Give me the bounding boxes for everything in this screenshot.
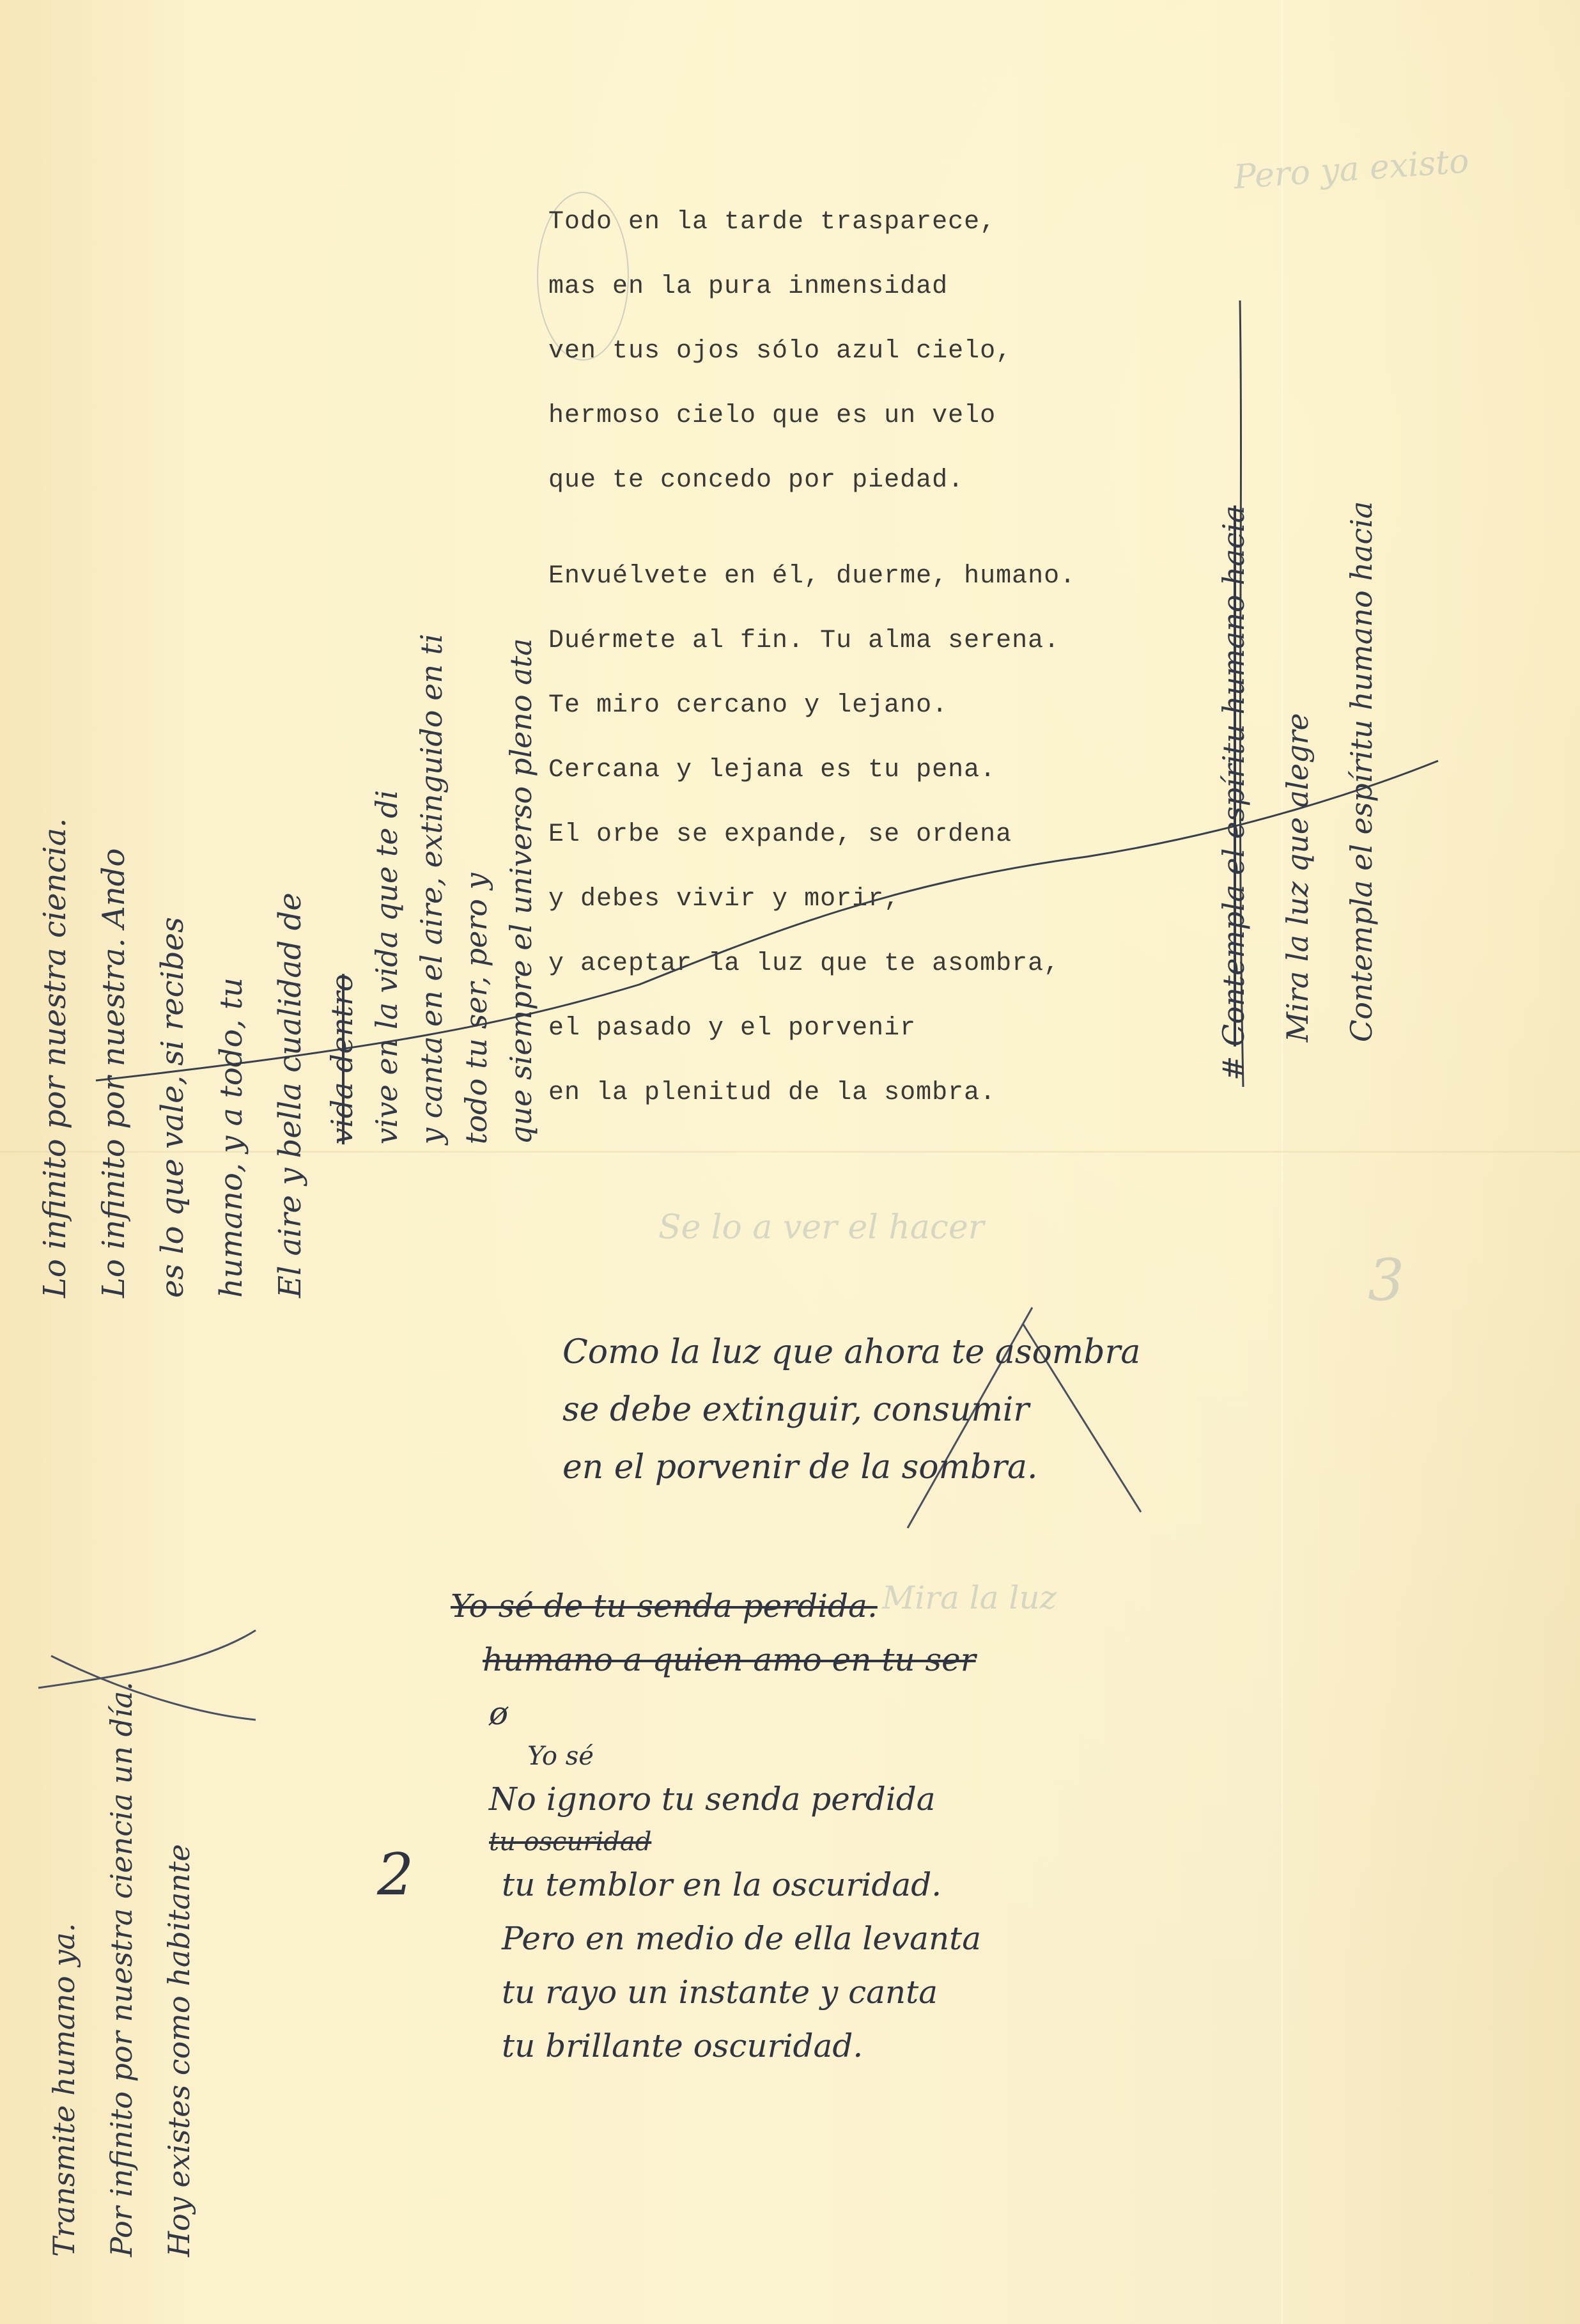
number-mark: 2 (377, 1841, 414, 1908)
handwritten-line: se debe extinguir, consumir (562, 1381, 1140, 1439)
poem-line: ven tus ojos sólo azul cielo, (548, 332, 1076, 397)
margin-line: El aire y bella cualidad de (261, 818, 320, 1298)
bottom-left-annotation: Transmite humano ya. Por infinito por nu… (35, 1681, 208, 2257)
margin-line: Transmite humano ya. (35, 1681, 93, 2257)
margin-line: Por infinito por nuestra ciencia un día. (93, 1681, 150, 2257)
deletion-mark: ø (451, 1687, 981, 1740)
manuscript-page: Pero ya existo Mira la luz 3 Se lo a ver… (0, 0, 1580, 2324)
margin-line: Lo infinito por nuestra ciencia. (26, 818, 84, 1298)
handwritten-line: en el porvenir de la sombra. (562, 1439, 1140, 1496)
poem-line: Envuélvete en él, duerme, humano. (548, 558, 1076, 622)
handwritten-block-2: Yo sé de tu senda perdida. humano a quie… (451, 1579, 981, 2073)
handwritten-line: tu rayo un instante y canta (451, 1965, 981, 2019)
handwritten-line: Pero en medio de ella levanta (451, 1912, 981, 1965)
margin-line: Hoy existes como habitante (150, 1681, 208, 2257)
margin-line: es lo que vale, si recibes (143, 818, 202, 1298)
insert-mark: # (1216, 1056, 1251, 1080)
paper-fold-vertical (1282, 0, 1283, 2324)
handwritten-line: No ignoro tu senda perdida (451, 1772, 981, 1826)
poem-line: que te concedo por piedad. (548, 462, 1076, 558)
margin-line: # Contempla el espíritu humano hacia (1202, 501, 1266, 1080)
margin-line: Lo infinito por nuestra. Ando (84, 818, 143, 1298)
poem-line: Te miro cercano y lejano. (548, 687, 1076, 751)
left-margin-annotation-2: vida dentro vive en la vida que te di y … (320, 634, 543, 1144)
poem-line: el pasado y el porvenir (548, 1010, 1076, 1074)
poem-line: hermoso cielo que es un velo (548, 397, 1076, 462)
typed-poem: Todo en la tarde trasparece, mas en la p… (548, 203, 1076, 1139)
margin-line: vida dentro (320, 634, 364, 1144)
ghost-text: Se lo a ver el hacer (658, 1208, 984, 1247)
handwritten-line: tu brillante oscuridad. (451, 2019, 981, 2073)
margin-line: Contempla el espíritu humano hacia (1329, 501, 1393, 1080)
handwritten-line: tu temblor en la oscuridad. (451, 1858, 981, 1912)
poem-line: mas en la pura inmensidad (548, 268, 1076, 332)
margin-line: que siempre el universo pleno ata (499, 634, 543, 1144)
struck-line: humano a quien amo en tu ser (451, 1633, 981, 1687)
handwritten-block-1: Como la luz que ahora te asombra se debe… (562, 1323, 1140, 1496)
right-margin-annotation: # Contempla el espíritu humano hacia Mir… (1202, 501, 1393, 1080)
margin-line: humano, y a todo, tu (202, 818, 261, 1298)
poem-line: y aceptar la luz que te asombra, (548, 945, 1076, 1010)
ghost-text: Pero ya existo (1232, 142, 1470, 197)
margin-line: vive en la vida que te di (364, 634, 409, 1144)
poem-line: Duérmete al fin. Tu alma serena. (548, 622, 1076, 687)
handwritten-line: Yo sé (451, 1740, 981, 1772)
left-margin-annotation-1: Lo infinito por nuestra ciencia. Lo infi… (26, 818, 320, 1298)
handwritten-line: Como la luz que ahora te asombra (562, 1323, 1140, 1381)
margin-line: Mira la luz que alegre (1266, 501, 1329, 1080)
margin-line: y canta en el aire, extinguido en ti (409, 634, 454, 1144)
poem-line: y debes vivir y morir, (548, 880, 1076, 945)
margin-line: todo tu ser, pero y (454, 634, 499, 1144)
struck-line: tu oscuridad (451, 1826, 981, 1858)
ghost-text: 3 (1368, 1247, 1404, 1314)
poem-line: El orbe se expande, se ordena (548, 816, 1076, 880)
struck-line: Yo sé de tu senda perdida. (451, 1579, 981, 1633)
poem-line: en la plenitud de la sombra. (548, 1074, 1076, 1139)
poem-line: Todo en la tarde trasparece, (548, 203, 1076, 268)
poem-line: Cercana y lejana es tu pena. (548, 751, 1076, 816)
